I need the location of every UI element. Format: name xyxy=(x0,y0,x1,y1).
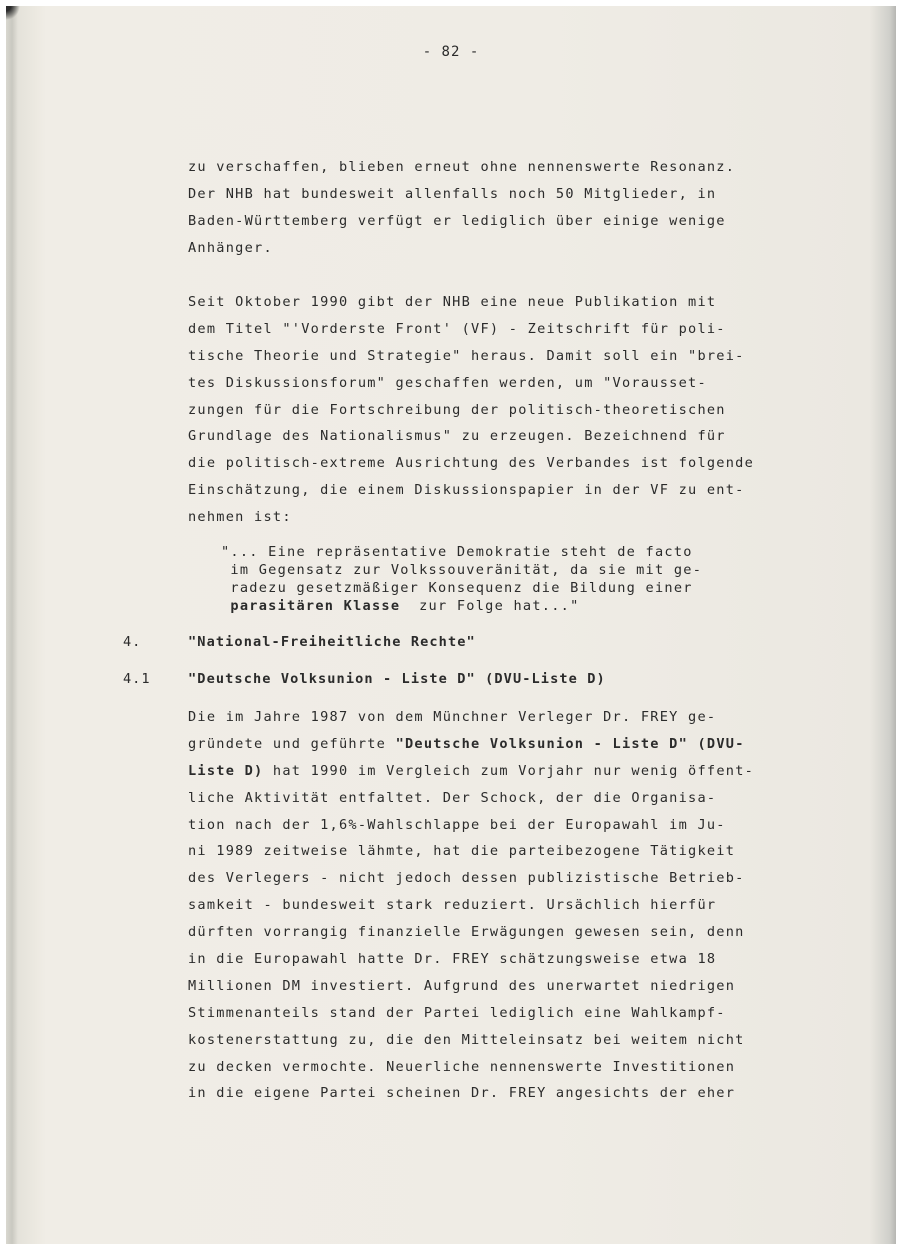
text-line: Die im Jahre 1987 von dem Münchner Verle… xyxy=(188,704,848,731)
quote-line-end: zur Folge hat..." xyxy=(400,598,579,614)
text-line: Stimmenanteils stand der Partei lediglic… xyxy=(188,1000,848,1027)
section-number-4-1: 4.1 xyxy=(123,671,151,687)
text-line: Liste D) hat 1990 im Vergleich zum Vorja… xyxy=(188,758,848,785)
text-line: tische Theorie und Strategie" heraus. Da… xyxy=(188,343,848,370)
text-line: Baden-Württemberg verfügt er lediglich ü… xyxy=(188,208,848,235)
text-line: zu decken vermochte. Neuerliche nennensw… xyxy=(188,1054,848,1081)
text-line: ni 1989 zeitweise lähmte, hat die partei… xyxy=(188,838,848,865)
section-heading-4: "National-Freiheitliche Rechte" xyxy=(188,634,476,650)
text-line: dürften vorrangig finanzielle Erwägungen… xyxy=(188,919,848,946)
party-name-bold: "Deutsche Volksunion - Liste D" (DVU- xyxy=(396,736,745,752)
paragraph-nhb-resonance: zu verschaffen, blieben erneut ohne nenn… xyxy=(188,154,848,262)
text-span: gründete und geführte xyxy=(188,736,396,752)
text-line: tion nach der 1,6%-Wahlschlappe bei der … xyxy=(188,812,848,839)
text-line: Der NHB hat bundesweit allenfalls noch 5… xyxy=(188,181,848,208)
section-number-4: 4. xyxy=(123,634,141,650)
text-line: samkeit - bundesweit stark reduziert. Ur… xyxy=(188,892,848,919)
document-page: - 82 - zu verschaffen, blieben erneut oh… xyxy=(6,6,896,1244)
quote-line: im Gegensatz zur Volkssouveränität, da s… xyxy=(221,561,821,579)
paragraph-dvu: Die im Jahre 1987 von dem Münchner Verle… xyxy=(188,704,848,1107)
page-number: - 82 - xyxy=(6,44,896,60)
text-line: nehmen ist: xyxy=(188,504,848,531)
block-quote: "... Eine repräsentative Demokratie steh… xyxy=(221,543,821,615)
text-line: in die Europawahl hatte Dr. FREY schätzu… xyxy=(188,946,848,973)
text-line: kostenerstattung zu, die den Mitteleinsa… xyxy=(188,1027,848,1054)
quote-line: "... Eine repräsentative Demokratie steh… xyxy=(221,543,821,561)
section-heading-4-1: "Deutsche Volksunion - Liste D" (DVU-Lis… xyxy=(188,671,606,687)
text-line: des Verlegers - nicht jedoch dessen publ… xyxy=(188,865,848,892)
text-line: Millionen DM investiert. Aufgrund des un… xyxy=(188,973,848,1000)
quote-line: parasitären Klasse zur Folge hat..." xyxy=(221,597,821,615)
party-name-bold: Liste D) xyxy=(188,763,263,779)
text-line: liche Aktivität entfaltet. Der Schock, d… xyxy=(188,785,848,812)
text-line: gründete und geführte "Deutsche Volksuni… xyxy=(188,731,848,758)
text-span: hat 1990 im Vergleich zum Vorjahr nur we… xyxy=(263,763,754,779)
text-line: Anhänger. xyxy=(188,235,848,262)
text-line: tes Diskussionsforum" geschaffen werden,… xyxy=(188,370,848,397)
paragraph-vorderste-front: Seit Oktober 1990 gibt der NHB eine neue… xyxy=(188,289,848,531)
text-line: dem Titel "'Vorderste Front' (VF) - Zeit… xyxy=(188,316,848,343)
text-line: Seit Oktober 1990 gibt der NHB eine neue… xyxy=(188,289,848,316)
quote-emphasis: parasitären Klasse xyxy=(221,598,400,614)
quote-line: radezu gesetzmäßiger Konsequenz die Bild… xyxy=(221,579,821,597)
text-line: Einschätzung, die einem Diskussionspapie… xyxy=(188,477,848,504)
text-line: zu verschaffen, blieben erneut ohne nenn… xyxy=(188,154,848,181)
text-line: zungen für die Fortschreibung der politi… xyxy=(188,397,848,424)
text-line: in die eigene Partei scheinen Dr. FREY a… xyxy=(188,1080,848,1107)
text-line: Grundlage des Nationalismus" zu erzeugen… xyxy=(188,423,848,450)
text-line: die politisch-extreme Ausrichtung des Ve… xyxy=(188,450,848,477)
